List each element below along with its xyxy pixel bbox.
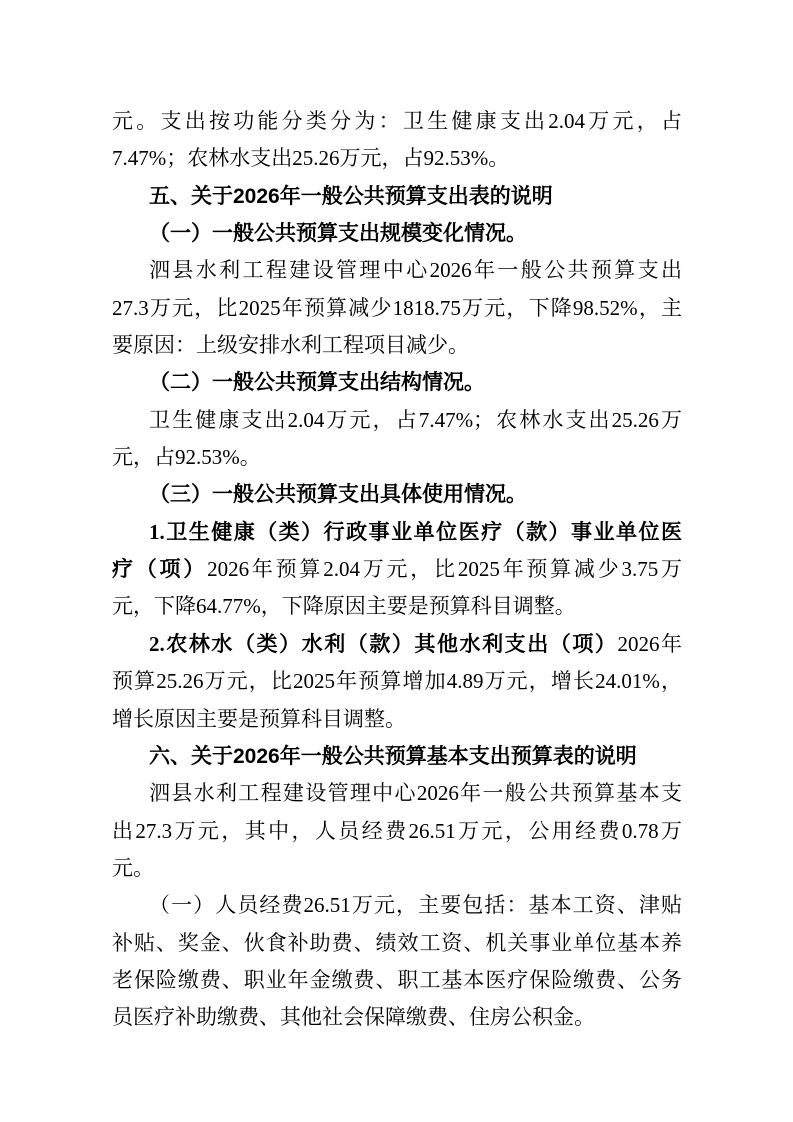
- section-6-heading: 六、关于2026年一般公共预算基本支出预算表的说明: [112, 738, 682, 775]
- body-line: 27.3万元，比2025年预算减少1818.75万元，下降98.52%，主: [112, 290, 682, 327]
- text-run: 增长原因主要是预算科目调整。: [112, 707, 406, 731]
- bold-text-run: 2.农林水（类）水利（款）其他水利支出（项）: [149, 632, 617, 656]
- text-run: 元。: [112, 856, 154, 880]
- text-run: 卫生健康支出2.04万元，占7.47%；农林水支出25.26万: [149, 408, 682, 432]
- text-run: 要原因：上级安排水利工程项目减少。: [112, 333, 469, 357]
- text-run: （一）人员经费26.51万元，主要包括：基本工资、津贴: [149, 893, 682, 917]
- body-line: 1.卫生健康（类）行政事业单位医疗（款）事业单位医: [112, 514, 682, 551]
- text-run: 出27.3万元，其中，人员经费26.51万元，公用经费0.78万: [112, 819, 682, 843]
- text-run: 补贴、奖金、伙食补助费、绩效工资、机关事业单位基本养: [112, 931, 682, 955]
- body-line: 元，下降64.77%，下降原因主要是预算科目调整。: [112, 588, 682, 625]
- body-line: 2.农林水（类）水利（款）其他水利支出（项）2026年: [112, 626, 682, 663]
- body-line: 泗县水利工程建设管理中心2026年一般公共预算基本支: [112, 775, 682, 812]
- text-run: 7.47%；农林水支出25.26万元，占92.53%。: [112, 146, 509, 170]
- bold-text-run: 六、关于2026年一般公共预算基本支出预算表的说明: [149, 745, 637, 768]
- body-line: 卫生健康支出2.04万元，占7.47%；农林水支出25.26万: [112, 402, 682, 439]
- body-line: 补贴、奖金、伙食补助费、绩效工资、机关事业单位基本养: [112, 925, 682, 962]
- text-run: 预算25.26万元，比2025年预算增加4.89万元，增长24.01%，: [112, 669, 682, 693]
- bold-text-run: （一）一般公共预算支出规模变化情况。: [149, 221, 527, 245]
- text-run: 2026年: [617, 632, 682, 656]
- text-run: 2026年预算2.04万元，比2025年预算减少3.75万: [207, 557, 682, 581]
- body-line: 预算25.26万元，比2025年预算增加4.89万元，增长24.01%，: [112, 663, 682, 700]
- body-line: 员医疗补助缴费、其他社会保障缴费、住房公积金。: [112, 999, 682, 1036]
- subsection-3-heading: （三）一般公共预算支出具体使用情况。: [112, 476, 682, 513]
- text-run: 泗县水利工程建设管理中心2026年一般公共预算基本支: [149, 781, 682, 805]
- bold-text-run: （三）一般公共预算支出具体使用情况。: [149, 482, 527, 506]
- bold-text-run: 五、关于2026年一般公共预算支出表的说明: [149, 185, 553, 208]
- section-5-heading: 五、关于2026年一般公共预算支出表的说明: [112, 178, 682, 215]
- text-run: 元。支出按功能分类分为：卫生健康支出2.04万元，占: [112, 109, 682, 133]
- text-run: 员医疗补助缴费、其他社会保障缴费、住房公积金。: [112, 1005, 595, 1029]
- body-line: 出27.3万元，其中，人员经费26.51万元，公用经费0.78万: [112, 813, 682, 850]
- text-block: 元。支出按功能分类分为：卫生健康支出2.04万元，占7.47%；农林水支出25.…: [112, 103, 682, 1037]
- body-line: 增长原因主要是预算科目调整。: [112, 701, 682, 738]
- body-line: 泗县水利工程建设管理中心2026年一般公共预算支出: [112, 252, 682, 289]
- body-line: 老保险缴费、职业年金缴费、职工基本医疗保险缴费、公务: [112, 962, 682, 999]
- body-line: 元。支出按功能分类分为：卫生健康支出2.04万元，占: [112, 103, 682, 140]
- text-run: 老保险缴费、职业年金缴费、职工基本医疗保险缴费、公务: [112, 968, 682, 992]
- body-line: 要原因：上级安排水利工程项目减少。: [112, 327, 682, 364]
- subsection-1-heading: （一）一般公共预算支出规模变化情况。: [112, 215, 682, 252]
- document-page: 元。支出按功能分类分为：卫生健康支出2.04万元，占7.47%；农林水支出25.…: [0, 0, 793, 1122]
- body-line: 7.47%；农林水支出25.26万元，占92.53%。: [112, 140, 682, 177]
- body-line: 元，占92.53%。: [112, 439, 682, 476]
- text-run: 27.3万元，比2025年预算减少1818.75万元，下降98.52%，主: [112, 296, 682, 320]
- bold-text-run: （二）一般公共预算支出结构情况。: [149, 370, 485, 394]
- text-run: 元，占92.53%。: [112, 445, 261, 469]
- body-line: （一）人员经费26.51万元，主要包括：基本工资、津贴: [112, 887, 682, 924]
- body-line: 疗（项）2026年预算2.04万元，比2025年预算减少3.75万: [112, 551, 682, 588]
- bold-text-run: 1.卫生健康（类）行政事业单位医疗（款）事业单位医: [149, 520, 682, 544]
- bold-text-run: 疗（项）: [112, 557, 207, 581]
- subsection-2-heading: （二）一般公共预算支出结构情况。: [112, 364, 682, 401]
- body-line: 元。: [112, 850, 682, 887]
- text-run: 元，下降64.77%，下降原因主要是预算科目调整。: [112, 594, 576, 618]
- text-run: 泗县水利工程建设管理中心2026年一般公共预算支出: [149, 258, 682, 282]
- document-root: { "page": { "background_color": "#ffffff…: [0, 0, 793, 1122]
